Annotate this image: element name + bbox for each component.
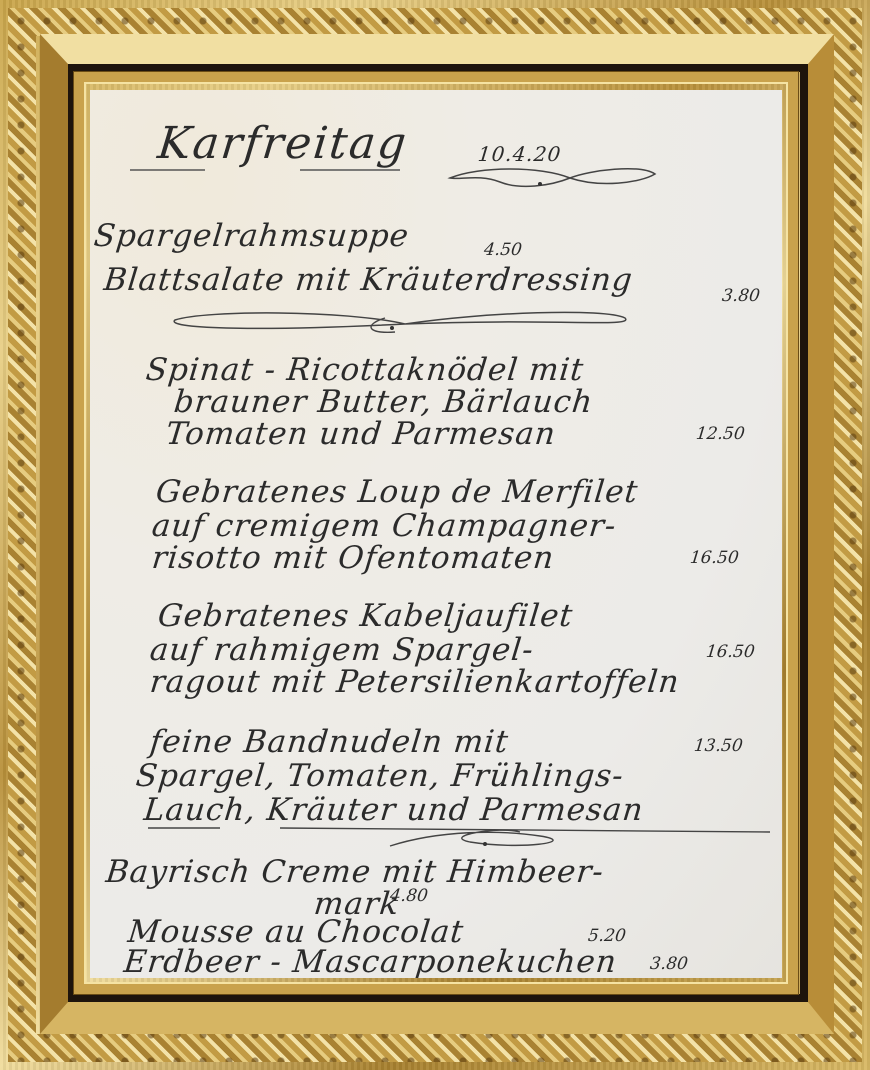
dessert-price: 3.80 xyxy=(649,954,689,974)
main-line: feine Bandnudeln mit xyxy=(148,724,510,760)
menu-paper: Karfreitag 10.4.20 Spargelrahmsuppe 4.50… xyxy=(90,90,782,978)
main-line: Spinat - Ricottaknödel mit xyxy=(144,352,586,388)
main-line: ragout mit Petersilienkartoffeln xyxy=(148,664,681,700)
dessert-price: 5.20 xyxy=(587,926,627,946)
main-line: risotto mit Ofentomaten xyxy=(150,540,556,576)
divider-flourish xyxy=(165,306,645,346)
dessert-line: Bayrisch Creme mit Himbeer- xyxy=(104,854,606,890)
main-price: 12.50 xyxy=(695,424,746,444)
main-price: 16.50 xyxy=(705,642,756,662)
main-line: Gebratenes Loup de Merfilet xyxy=(154,474,640,510)
starter-price: 3.80 xyxy=(721,286,761,306)
dessert-price: 4.80 xyxy=(389,886,429,906)
main-line: Tomaten und Parmesan xyxy=(164,416,558,452)
main-line: brauner Butter, Bärlauch xyxy=(172,384,595,420)
main-line: auf rahmigem Spargel- xyxy=(148,632,536,668)
main-line: Gebratenes Kabeljaufilet xyxy=(156,598,575,634)
dessert-line: Erdbeer - Mascarponekuchen xyxy=(122,944,619,978)
main-price: 13.50 xyxy=(693,736,744,756)
starter-name: Spargelrahmsuppe xyxy=(92,218,411,254)
starter-price: 4.50 xyxy=(483,240,523,260)
main-price: 16.50 xyxy=(689,548,740,568)
main-line: Spargel, Tomaten, Frühlings- xyxy=(134,758,626,794)
starter-name: Blattsalate mit Kräuterdressing xyxy=(102,262,635,298)
main-line: auf cremigem Champagner- xyxy=(150,508,618,544)
title-underline-flourish xyxy=(120,158,660,198)
